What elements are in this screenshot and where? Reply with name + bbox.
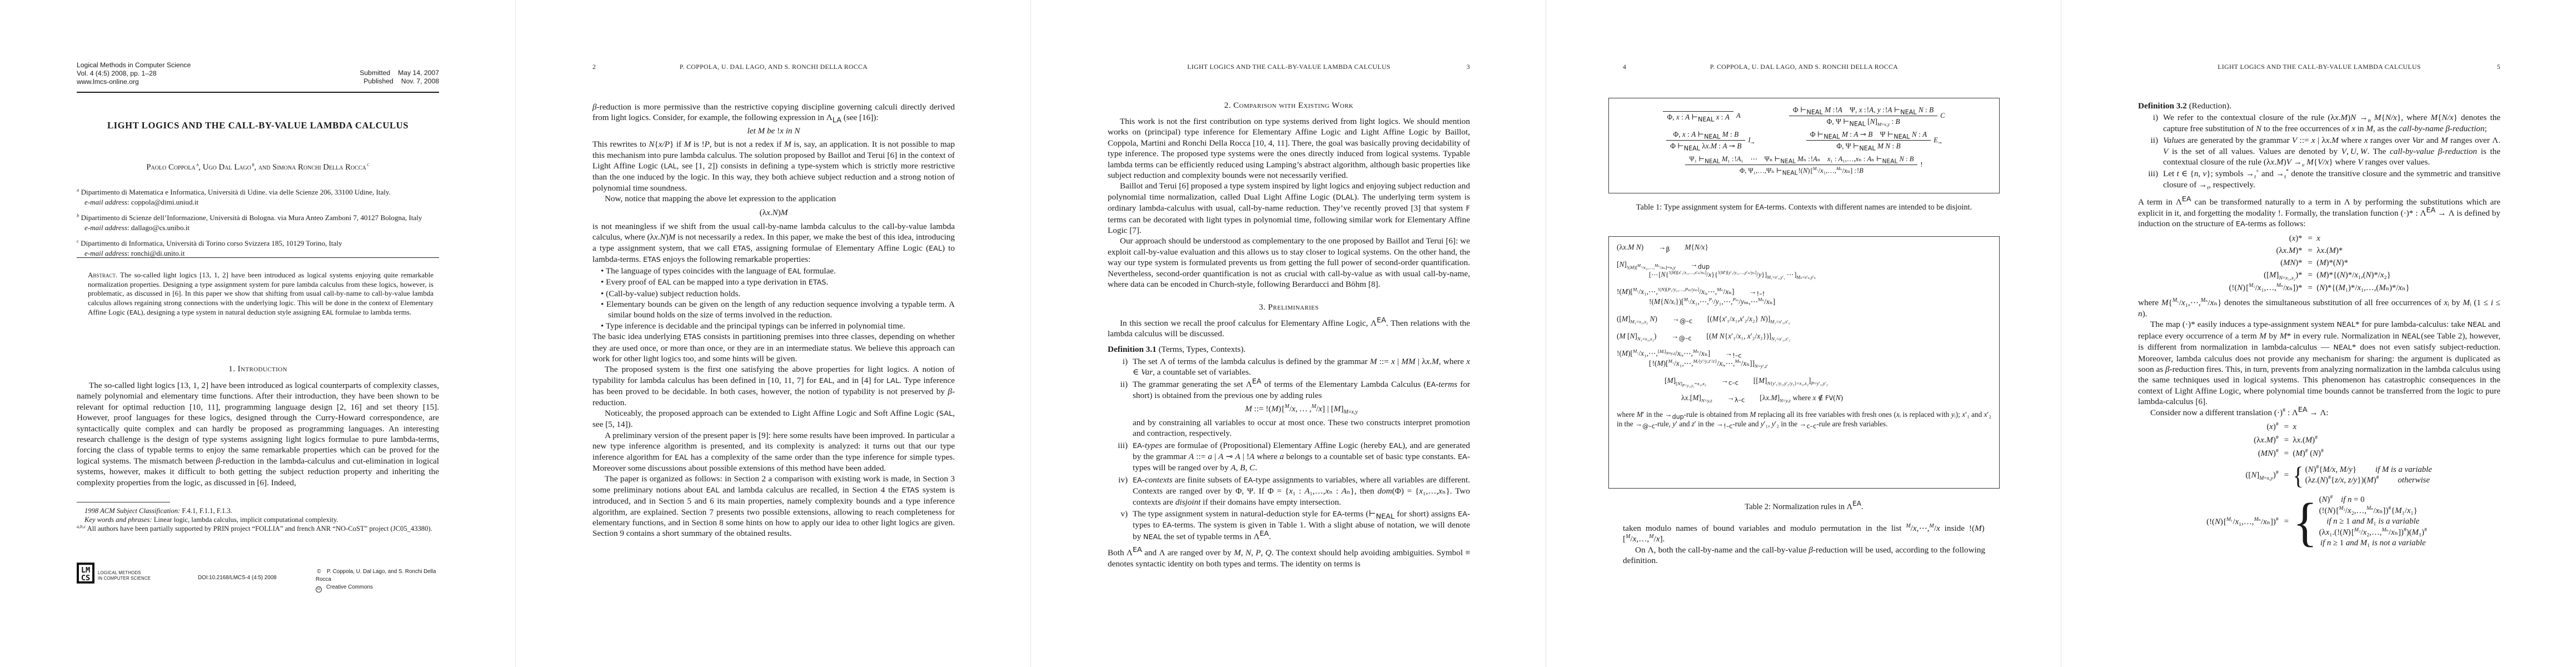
item-body: The set Λ of terms of the lambda calculu… (1133, 356, 1470, 378)
rewrite-rule-lambda-c: λx.[M]N=y,z →λ–c [λx.M]N=y,z where x ∉ F… (1681, 393, 1991, 404)
lmcs-brand-line2: IN COMPUTER SCIENCE (98, 576, 151, 581)
rule-conclusion: Φ, Ψ ⊢NEAL M N : B (1806, 140, 1931, 151)
published-value: Nov. 7, 2008 (401, 77, 439, 85)
running-title: LIGHT LOGICS AND THE CALL-BY-VALUE LAMBD… (1127, 63, 1451, 71)
rule-premise: Φ ⊢NEAL M : A ⊸ B Ψ ⊢NEAL N : A (1806, 130, 1931, 140)
page-3: LIGHT LOGICS AND THE CALL-BY-VALUE LAMBD… (1030, 0, 1546, 667)
published-label: Published (363, 77, 393, 86)
item-label: ii) (1108, 379, 1133, 439)
rule-label: E⊸ (1934, 136, 1942, 145)
submitted-label: Submitted (360, 69, 390, 77)
running-head: 4 P. COPPOLA, U. DAL LAGO, AND S. RONCHI… (1623, 63, 1985, 71)
page-4-body: taken modulo names of bound variables an… (1623, 523, 1985, 566)
equation-rhs: = x (2308, 234, 2410, 243)
inference-rule-axiom: Φ, x : A ⊢NEAL x : AA (1663, 110, 1740, 122)
equation-rhs: = {(N)#{M/x, M/y}if M is a variable(λz.(… (2284, 462, 2432, 489)
affiliation-a: a Dipartimento di Matematica e Informati… (77, 188, 439, 207)
equation-lhs: (!(N) [M₁/x₁,…,Mₙ/xₙ])* (2229, 283, 2302, 293)
running-title: LIGHT LOGICS AND THE CALL-BY-VALUE LAMBD… (2157, 63, 2482, 71)
published-line: PublishedNov. 7, 2008 (360, 77, 439, 86)
definition-item: iii)Let t ∈ {n, v}; symbols →t+ and →t* … (2138, 168, 2500, 190)
rule-premise: Φ, x : A ⊢NEAL M : B (1666, 130, 1745, 140)
paragraph: This work is not the first contribution … (1108, 116, 1470, 181)
copyright-holders: P. Coppola, U. Dal Lago, and S. Ronchi D… (316, 569, 436, 583)
paragraph: A term in ΛEA can be transformed natural… (2138, 197, 2500, 230)
page-5: LIGHT LOGICS AND THE CALL-BY-VALUE LAMBD… (2061, 0, 2576, 667)
inference-rule-contraction: Φ ⊢NEAL M : !A Ψ, x : !A, y : !A ⊢NEAL N… (1789, 106, 1945, 126)
item-body: EA-contexts are finite subsets of EA-typ… (1133, 475, 1470, 507)
lmcs-brand-line1: LOGICAL METHODS (98, 570, 151, 576)
footnote-support: a,b,c All authors have been partially su… (77, 524, 439, 533)
bullet-item: Every proof of EAL can be mapped into a … (592, 277, 955, 288)
running-authors: P. COPPOLA, U. DAL LAGO, AND S. RONCHI D… (1642, 63, 1966, 71)
equation-lhs: (λx.M)* (2276, 246, 2302, 256)
rule-label: A (1736, 112, 1741, 120)
paragraph: A preliminary version of the present pap… (592, 430, 955, 474)
license-line: ccCreative Commons (316, 584, 439, 593)
paragraph: Now, notice that mapping the above let e… (592, 193, 955, 204)
paragraph: β-reduction is more permissive than the … (592, 102, 955, 123)
equation-rhs: = λx.(M)# (2284, 436, 2432, 445)
lmcs-logo-icon: LM CS (77, 563, 94, 584)
definition-item: i)We refer to the contextual closure of … (2138, 112, 2500, 134)
rule-conclusion: Φ ⊢NEAL λx.M : A ⊸ B (1666, 140, 1745, 151)
item-label: ii) (2138, 135, 2163, 167)
item-label: v) (1108, 509, 1133, 542)
equation-rhs: = λx.(M)* (2308, 246, 2410, 256)
display-formula-let: let M be !x in N (592, 126, 955, 136)
intro-paragraph: The so-called light logics [13, 1, 2] ha… (77, 380, 439, 488)
affiliation-b: b Dipartimento di Scienze dell’Informazi… (77, 213, 439, 232)
lmcs-brand: LOGICAL METHODS IN COMPUTER SCIENCE (98, 570, 151, 581)
rule-premise: Ψ₁ ⊢NEAL M₁ : !A₁ ⋯ Ψₙ ⊢NEAL Mₙ : !Aₙ x₁… (1685, 155, 1917, 165)
submitted-value: May 14, 2007 (398, 69, 439, 77)
affiliation-a-text: Dipartimento di Matematica e Informatica… (81, 188, 391, 196)
rewrite-rule-app-c-right: (M [N]N₁=x₁,x₂) →@–c [(M N{x′₁/x₁, x′₂/x… (1617, 331, 1991, 341)
paragraph: where M{M₁/x₁,⋯,Mₙ/xₙ} denotes the simul… (2138, 297, 2500, 319)
rewrite-rule-c-c: [M][N]P=y₁,y₂=x₁,x₂ →c–c [[M]N{y′₁/y₁,y′… (1665, 376, 1991, 386)
paper-title: LIGHT LOGICS AND THE CALL-BY-VALUE LAMBD… (60, 120, 456, 131)
table-1: Φ, x : A ⊢NEAL x : AA Φ ⊢NEAL M : !A Ψ, … (1608, 98, 2000, 193)
footnotes: 1998 ACM Subject Classification: F.4.1, … (77, 506, 439, 533)
equation-lhs: ([N]M=x,y)# (2245, 471, 2278, 480)
affiliation-c-text: Dipartimento di Informatica, Università … (81, 239, 342, 247)
affiliation-c: c Dipartimento di Informatica, Universit… (77, 239, 439, 258)
affiliation-b-mark: b (77, 213, 79, 218)
paragraph: The map (·)* easily induces a type-assig… (2138, 319, 2500, 407)
definition-3-2-title: Definition 3.2 (Reduction). (2138, 101, 2500, 111)
copyright-icon: © (316, 568, 322, 576)
inference-rule-elim: Φ ⊢NEAL M : A ⊸ B Ψ ⊢NEAL N : AΦ, Ψ ⊢NEA… (1806, 130, 1942, 151)
page-3-body: 2. Comparison with Existing Work This wo… (1108, 101, 1470, 569)
page-2-body: β-reduction is more permissive than the … (592, 102, 955, 539)
rewrite-rule-bang-c-rhs: [ !(M)[M₁/x₁,⋯,Mᵢ{y′/y,z′/z}/xᵢ,⋯,Mₙ/xₙ]… (1649, 359, 1991, 369)
rule-premise: Φ ⊢NEAL M : !A Ψ, x : !A, y : !A ⊢NEAL N… (1789, 106, 1937, 116)
rule-label: C (1940, 112, 1945, 120)
page-number: 4 (1623, 63, 1642, 71)
paragraph: The proposed system is the first one sat… (592, 364, 955, 408)
paragraph: Noticeably, the proposed approach can be… (592, 408, 955, 430)
license-block: ©P. Coppola, U. Dal Lago, and S. Ronchi … (316, 568, 439, 593)
equation-rhs: = x (2284, 422, 2432, 432)
item-body: We refer to the contextual closure of th… (2163, 112, 2500, 134)
section-3-heading: 3. Preliminaries (1108, 302, 1470, 312)
rewrite-rule-app-c-left: ([M]M₁=x₁,x₂ N) →@–c [(M{x′₁/x₁,x′₂/x₂} … (1617, 314, 1991, 324)
item-label: iv) (1108, 475, 1133, 507)
affiliation-b-text: Dipartimento di Scienze dell’Informazion… (81, 213, 422, 222)
item-label: iii) (1108, 440, 1133, 474)
rewrite-rule-beta: (λx.M N) →β M{N/x} (1617, 242, 1991, 252)
equation-rhs: = {(N)# if n = 0(!(N) [M₂/x₂,…,Mₙ/xₙ])#{… (2284, 492, 2432, 551)
inference-rule-intro: Φ, x : A ⊢NEAL M : BΦ ⊢NEAL λx.M : A ⊸ B… (1666, 130, 1754, 151)
bullet-item: The language of types coincides with the… (592, 266, 955, 277)
bullet-item: (Call-by-value) subject reduction holds. (592, 288, 955, 299)
creative-commons-icon: cc (316, 586, 322, 593)
affiliation-a-mark: a (77, 187, 79, 193)
section-1-heading: 1. Introduction (77, 364, 439, 374)
equation-rhs: = (M)# (N)# (2284, 449, 2432, 459)
footnote-rule (77, 502, 170, 502)
rewrite-rule-bang-c: !(M)[M₁/x₁,⋯,[Mᵢ]N≡y,z/xᵢ,⋯,Mₙ/xₙ] →!–c (1617, 349, 1991, 359)
submission-dates: SubmittedMay 14, 2007 PublishedNov. 7, 2… (360, 69, 439, 86)
paragraph: Both ΛEA and Λ are ranged over by M, N, … (1108, 547, 1470, 569)
definition-item: ii)The grammar generating the set ΛEA of… (1108, 379, 1470, 439)
page-5-body: Definition 3.2 (Reduction). i)We refer t… (2138, 101, 2500, 556)
affiliation-b-email: e-mail address: dallago@cs.unibo.it (84, 223, 439, 233)
running-authors: P. COPPOLA, U. DAL LAGO, AND S. RONCHI D… (611, 63, 936, 71)
license-text: Creative Commons (326, 584, 373, 590)
paragraph: The paper is organized as follows: in Se… (592, 474, 955, 539)
table-1-row: Φ, x : A ⊢NEAL x : AA Φ ⊢NEAL M : !A Ψ, … (1615, 106, 1994, 126)
item-body: Values are generated by the grammar V ::… (2163, 135, 2500, 167)
rule-label: ! (1920, 161, 1922, 169)
item-body: The grammar generating the set ΛEA of te… (1133, 379, 1470, 439)
paragraph: This rewrites to N{x/P} if M is !P, but … (592, 139, 955, 193)
equation-rhs: = (N)*{(M₁)*/x₁,…,(Mₙ)*/xₙ} (2308, 283, 2410, 293)
journal-block: Logical Methods in Computer Science Vol.… (77, 61, 191, 86)
item-body: EA-types are formulae of (Propositional)… (1133, 440, 1470, 474)
footnote-acm: 1998 ACM Subject Classification: F.4.1, … (77, 506, 439, 515)
running-head: LIGHT LOGICS AND THE CALL-BY-VALUE LAMBD… (1108, 63, 1470, 71)
table-1-row: Φ, x : A ⊢NEAL M : BΦ ⊢NEAL λx.M : A ⊸ B… (1615, 130, 1994, 151)
table-2-caption: Table 2: Normalization rules in ΛEA. (1623, 502, 1985, 512)
item-label: i) (2138, 112, 2163, 134)
item-body: Let t ∈ {n, v}; symbols →t+ and →t* deno… (2163, 168, 2500, 190)
lmcs-logo-letters-top: LM (81, 566, 90, 575)
definition-item: v)The type assignment system in natural-… (1108, 509, 1470, 542)
table-2: (λx.M N) →β M{N/x} [N]!(M)[M₁/x₁,…,Mₙ/xₙ… (1608, 236, 2000, 489)
table-1-row: Ψ₁ ⊢NEAL M₁ : !A₁ ⋯ Ψₙ ⊢NEAL Mₙ : !Aₙ x₁… (1615, 155, 1994, 175)
rewrite-rule-bang-bang-rhs: !(M{N/xᵢ})[M₁/x₁,⋯,P₁/y₁,⋯,Pₘ/yₘ,⋯Mₙ/xₙ] (1649, 297, 1991, 307)
doi-text: DOI:10.2168/LMCS-4 (4:5) 2008 (198, 575, 277, 581)
page-2: 2 P. COPPOLA, U. DAL LAGO, AND S. RONCHI… (515, 0, 1030, 667)
item-label: i) (1108, 356, 1133, 378)
table-2-note: where M′ in the →dup-rule is obtained fr… (1617, 410, 1991, 429)
abstract: Abstract. The so-called light logics [13… (88, 271, 434, 318)
page-number: 2 (592, 63, 611, 71)
affiliation-a-email: e-mail address: coppola@dimi.uniud.it (84, 198, 439, 207)
lmcs-logo-letters-bottom: CS (81, 574, 90, 583)
item-label: iii) (2138, 168, 2163, 190)
rewrite-rule-dup-rhs: [⋯ [N{!(M)[x′₁/x₁,…,x′ₙ/xₙ]/x}{!(M′)[y′₁… (1649, 270, 1991, 280)
rewrite-rule-dup: [N]!(M)[M₁/x₁,…,Mₙ/xₙ]=x,y →dup (1617, 260, 1991, 270)
running-head: LIGHT LOGICS AND THE CALL-BY-VALUE LAMBD… (2138, 63, 2500, 71)
definition-item: i)The set Λ of terms of the lambda calcu… (1108, 356, 1470, 378)
paragraph: The basic idea underlying ETAS consists … (592, 331, 955, 364)
rule-conclusion: Φ, Ψ ⊢NEAL [N]M=x,y : B (1789, 116, 1937, 126)
page-number: 5 (2482, 63, 2500, 71)
rule-conclusion: Φ, Ψ₁,…,Ψₙ ⊢NEAL !(N) [M₁/x₁,…,Mₙ/xₙ] : … (1685, 165, 1917, 175)
definition-item: iv)EA-contexts are finite subsets of EA-… (1108, 475, 1470, 507)
paragraph: On Λ, both the call-by-name and the call… (1623, 545, 1985, 566)
equation-lhs: (!(N) [M₁/x₁,…,Mₙ/xₙ])# (2206, 517, 2279, 527)
paragraph: taken modulo names of bound variables an… (1623, 523, 1985, 545)
journal-volume: Vol. 4 (4:5) 2008, pp. 1–28 (77, 69, 191, 78)
equation-rhs: = (M)*{(N)*/x₁,(N)*/x₂} (2308, 271, 2410, 280)
equation-lhs: (x)* (2289, 234, 2303, 243)
journal-name: Logical Methods in Computer Science (77, 61, 191, 69)
footnote-keywords: Key words and phrases: Linear logic, lam… (77, 515, 439, 524)
table-1-caption: Table 1: Type assignment system for EA-t… (1623, 202, 1985, 213)
paragraph: Consider now a different translation (·)… (2138, 407, 2500, 418)
equation-lhs: (x)# (2266, 422, 2278, 432)
rule-label: I⊸ (1748, 136, 1754, 145)
paragraph: is not meaningless if we shift from the … (592, 221, 955, 266)
equation-lhs: ([M]N=x₁,x₂)* (2264, 271, 2302, 280)
rule-conclusion: Φ, x : A ⊢NEAL x : A (1663, 111, 1733, 122)
equation-lhs: (MN)# (2258, 449, 2279, 459)
bullet-item: Type inference is decidable and the prin… (592, 321, 955, 331)
definition-item: iii)EA-types are formulae of (Propositio… (1108, 440, 1470, 474)
first-page-footer: LM CS LOGICAL METHODS IN COMPUTER SCIENC… (77, 560, 439, 599)
star-translation-equations: (x)*= x (λx.M)*= λx.(M)* (MN)*= (M)*(N)*… (2138, 234, 2500, 293)
equation-rhs: = (M)*(N)* (2308, 258, 2410, 268)
running-head: 2 P. COPPOLA, U. DAL LAGO, AND S. RONCHI… (592, 63, 955, 71)
header-rule (77, 92, 439, 93)
page-number: 3 (1451, 63, 1470, 71)
affiliations: a Dipartimento di Matematica e Informati… (77, 188, 439, 265)
page-4: 4 P. COPPOLA, U. DAL LAGO, AND S. RONCHI… (1546, 0, 2061, 667)
rewrite-rule-bang-bang: !(M)[M₁/x₁,⋯,!(N)[P₁/y₁,…,Pₘ/yₘ]/xᵢ,⋯,Mₙ… (1617, 287, 1991, 297)
equation-lhs: (MN)* (2280, 258, 2302, 268)
definition-3-1-title: Definition 3.1 (Terms, Types, Contexts). (1108, 344, 1470, 355)
bullet-item: Elementary bounds can be given on the le… (592, 299, 955, 321)
authors-line: Paolo Coppola a, Ugo Dal Lago b, and Sim… (77, 163, 439, 172)
copyright-line: ©P. Coppola, U. Dal Lago, and S. Ronchi … (316, 568, 439, 584)
journal-url: www.lmcs-online.org (77, 78, 191, 86)
submitted-line: SubmittedMay 14, 2007 (360, 69, 439, 77)
item-body: The type assignment system in natural-de… (1133, 509, 1470, 542)
page-1: Logical Methods in Computer Science Vol.… (0, 0, 515, 667)
inference-rule-bang: Ψ₁ ⊢NEAL M₁ : !A₁ ⋯ Ψₙ ⊢NEAL Mₙ : !Aₙ x₁… (1685, 155, 1922, 175)
paragraph: Our approach should be understood as com… (1108, 236, 1470, 290)
paragraph: In this section we recall the proof calc… (1108, 318, 1470, 340)
definition-item: ii)Values are generated by the grammar V… (2138, 135, 2500, 167)
affiliation-c-mark: c (77, 238, 79, 244)
display-formula-app: (λx.N)M (592, 207, 955, 218)
equation-lhs: (λx.M)# (2254, 436, 2279, 445)
paragraph: Baillot and Terui [6] proposed a type sy… (1108, 181, 1470, 236)
hash-translation-equations: (x)#= x (λx.M)#= λx.(M)# (MN)#= (M)# (N)… (2138, 422, 2500, 551)
section-2-heading: 2. Comparison with Existing Work (1108, 101, 1470, 111)
abstract-rule (77, 257, 439, 258)
